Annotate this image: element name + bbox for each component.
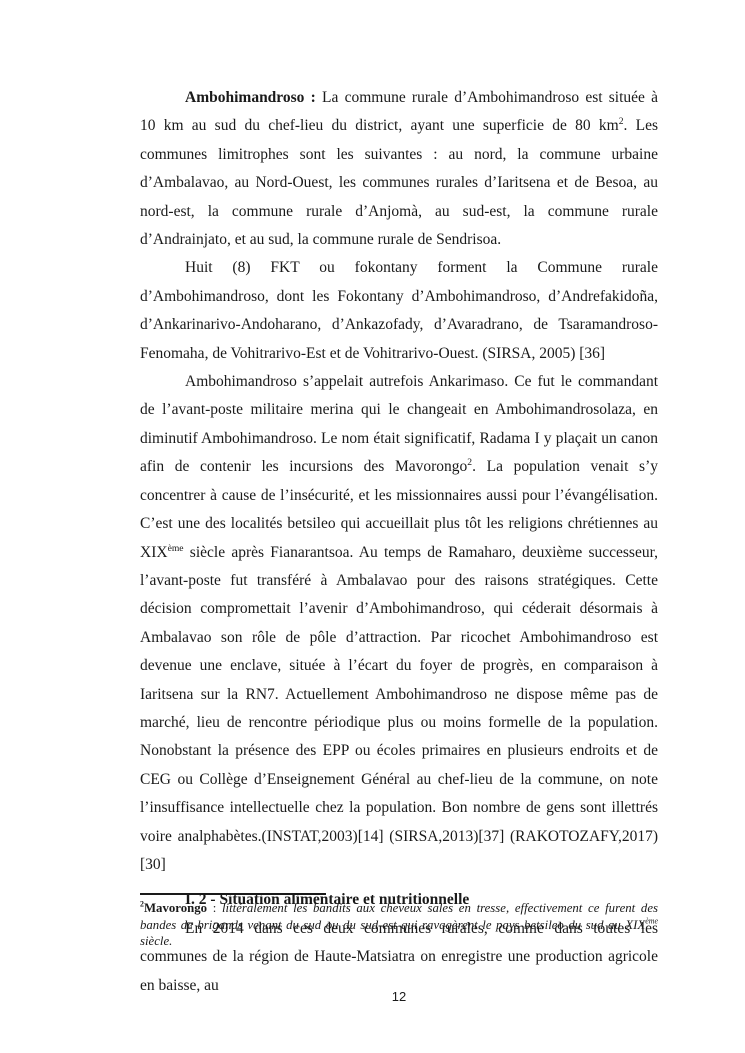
footnote-separator	[140, 893, 326, 895]
text-run: siècle.	[140, 934, 172, 948]
text-run: ème	[168, 542, 184, 553]
text-run: Ambohimandroso :	[185, 89, 322, 106]
footnote-area: 2Mavorongo : littéralement les bandits a…	[140, 893, 658, 950]
document-page: Ambohimandroso : La commune rurale d’Amb…	[0, 0, 745, 1053]
paragraph-history-ankarimaso: Ambohimandroso s’appelait autrefois Anka…	[140, 368, 658, 879]
text-run: ème	[645, 916, 658, 925]
text-run: siècle après Fianarantsoa. Au temps de R…	[140, 544, 658, 873]
text-run: Mavorongo	[144, 901, 207, 915]
footnote-mavorongo: 2Mavorongo : littéralement les bandits a…	[140, 900, 658, 950]
page-number: 12	[140, 989, 658, 1004]
text-run: . Les communes limitrophes sont les suiv…	[140, 117, 658, 248]
paragraph-fokontany-list: Huit (8) FKT ou fokontany forment la Com…	[140, 254, 658, 368]
page-body: Ambohimandroso : La commune rurale d’Amb…	[140, 84, 658, 1000]
text-run: :	[207, 901, 222, 915]
text-run: Huit (8) FKT ou fokontany forment la Com…	[140, 259, 658, 361]
paragraph-commune-description: Ambohimandroso : La commune rurale d’Amb…	[140, 84, 658, 254]
